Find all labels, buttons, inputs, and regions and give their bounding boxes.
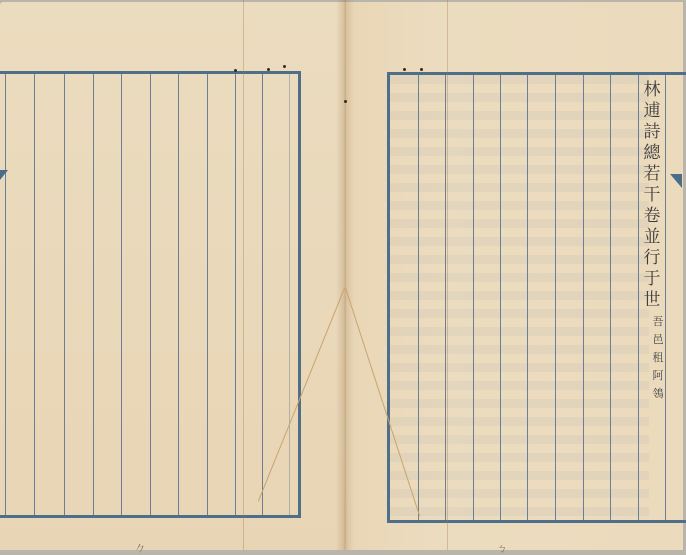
page-corner-tab-left xyxy=(0,170,8,180)
paper-crease xyxy=(243,0,244,550)
worm-hole xyxy=(234,69,237,72)
title-char: 于 xyxy=(644,269,661,290)
title-char: 逋 xyxy=(644,101,661,122)
title-char: 詩 xyxy=(644,122,661,143)
signature-char: 鴒 xyxy=(653,385,664,403)
signature-char: 租 xyxy=(653,349,664,367)
signature-column: 吾 邑 租 阿 鴒 xyxy=(651,313,665,403)
left-page-frame xyxy=(0,71,301,518)
page-mark-right: ㄅ xyxy=(497,540,507,555)
column-rule xyxy=(5,74,6,515)
column-rule xyxy=(473,75,474,520)
title-char: 干 xyxy=(644,185,661,206)
title-char: 世 xyxy=(644,290,661,311)
column-rule xyxy=(418,75,419,520)
column-rule xyxy=(610,75,611,520)
column-rule xyxy=(638,75,639,520)
title-char: 卷 xyxy=(644,206,661,227)
title-char: 行 xyxy=(644,248,661,269)
worm-hole xyxy=(283,65,286,68)
book-spread: 𠂊 ㄅ 林 逋 詩 總 若 干 卷 並 行 于 世 xyxy=(0,0,686,550)
worm-hole xyxy=(267,68,270,71)
column-rule xyxy=(207,74,208,515)
column-rule xyxy=(445,75,446,520)
title-char: 若 xyxy=(644,164,661,185)
worm-hole xyxy=(403,68,406,71)
column-rule xyxy=(583,75,584,520)
signature-char: 吾 xyxy=(653,313,664,331)
paper-crease xyxy=(447,0,448,550)
title-char: 林 xyxy=(644,80,661,101)
title-char: 並 xyxy=(644,227,661,248)
title-char: 總 xyxy=(644,143,661,164)
worm-hole xyxy=(420,68,423,71)
column-rule xyxy=(289,74,290,515)
column-rule xyxy=(178,74,179,515)
signature-char: 邑 xyxy=(653,331,664,349)
column-rule xyxy=(64,74,65,515)
column-rule xyxy=(150,74,151,515)
column-rule xyxy=(235,74,236,515)
column-rule xyxy=(93,74,94,515)
column-rule xyxy=(34,74,35,515)
worm-hole xyxy=(344,100,347,103)
column-rule xyxy=(555,75,556,520)
center-fold xyxy=(336,0,354,550)
column-rule xyxy=(121,74,122,515)
signature-char: 阿 xyxy=(653,367,664,385)
title-column: 林 逋 詩 總 若 干 卷 並 行 于 世 xyxy=(641,80,663,311)
left-page: 𠂊 xyxy=(0,2,345,550)
page-mark-left: 𠂊 xyxy=(135,540,145,555)
column-rule xyxy=(500,75,501,520)
page-corner-tab-right xyxy=(670,174,682,188)
column-rule xyxy=(527,75,528,520)
column-rule xyxy=(665,75,666,520)
column-rule xyxy=(262,74,263,515)
